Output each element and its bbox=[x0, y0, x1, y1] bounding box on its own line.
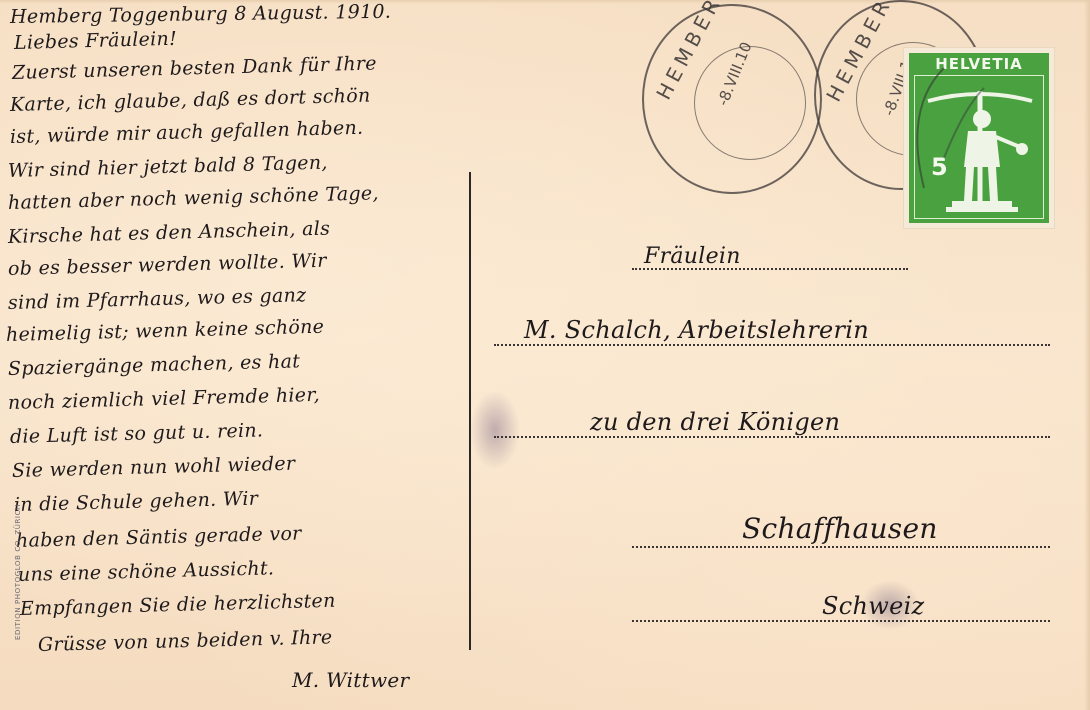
address-street: zu den drei Königen bbox=[590, 408, 840, 436]
publisher-imprint: EDITION PHOTOGLOB CO. ZÜRICH bbox=[14, 504, 22, 640]
address-dotted-line bbox=[632, 546, 1050, 548]
message-line: sind im Pfarrhaus, wo es ganz bbox=[8, 284, 307, 314]
postmark-hemberg-1: HEMBERG -8.VIII.10 bbox=[642, 4, 822, 194]
address-dotted-line bbox=[494, 344, 1050, 346]
message-line: die Luft ist so gut u. rein. bbox=[10, 419, 264, 448]
message-line: Karte, ich glaube, daß es dort schön bbox=[10, 85, 371, 116]
message-signature: M. Wittwer bbox=[292, 668, 409, 692]
message-line: Wir sind hier jetzt bald 8 Tagen, bbox=[8, 152, 328, 182]
message-line: uns eine schöne Aussicht. bbox=[18, 557, 275, 586]
message-line: in die Schule gehen. Wir bbox=[14, 488, 259, 516]
message-line: Kirsche hat es den Anschein, als bbox=[8, 218, 331, 248]
postcard-back: Hemberg Toggenburg 8 August. 1910. Liebe… bbox=[0, 0, 1090, 710]
message-line: Spaziergänge machen, es hat bbox=[8, 350, 301, 380]
address-city: Schaffhausen bbox=[742, 512, 938, 545]
address-dotted-line bbox=[632, 620, 1050, 622]
center-divider-line bbox=[469, 172, 471, 650]
message-dateline: Hemberg Toggenburg 8 August. 1910. bbox=[10, 1, 391, 28]
postmark-overstrike bbox=[904, 48, 1054, 228]
paper-edge-right bbox=[1084, 0, 1090, 710]
message-line: hatten aber noch wenig schöne Tage, bbox=[8, 182, 379, 214]
message-line: ist, würde mir auch gefallen haben. bbox=[10, 117, 364, 148]
message-closing: Grüsse von uns beiden v. Ihre bbox=[38, 626, 333, 656]
ink-smudge bbox=[470, 390, 520, 470]
message-line: Empfangen Sie die herzlichsten bbox=[20, 590, 336, 620]
message-line: heimelig ist; wenn keine schöne bbox=[6, 316, 325, 346]
address-dotted-line bbox=[494, 436, 1050, 438]
message-greeting: Liebes Fräulein! bbox=[14, 28, 178, 54]
address-country: Schweiz bbox=[822, 592, 925, 620]
message-line: ob es besser werden wollte. Wir bbox=[8, 250, 327, 280]
message-line: Zuerst unseren besten Dank für Ihre bbox=[12, 52, 377, 84]
message-line: noch ziemlich viel Fremde hier, bbox=[8, 384, 321, 414]
address-salutation: Fräulein bbox=[644, 244, 741, 269]
message-line: Sie werden nun wohl wieder bbox=[12, 453, 296, 482]
postage-stamp: HELVETIA 5 bbox=[904, 48, 1054, 228]
address-name: M. Schalch, Arbeitslehrerin bbox=[524, 316, 869, 344]
message-line: haben den Säntis gerade vor bbox=[16, 523, 302, 552]
postmark-inner-ring bbox=[694, 46, 806, 160]
